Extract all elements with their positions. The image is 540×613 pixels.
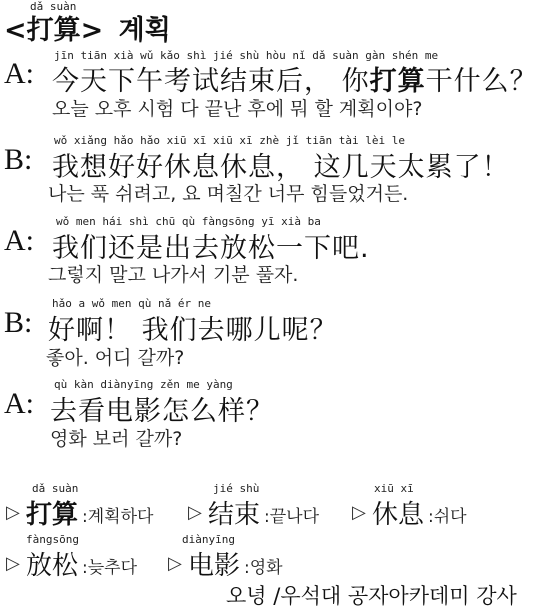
keyword-highlight: 打算 (370, 66, 426, 97)
page-title: <打算> 계획 (4, 8, 171, 47)
korean-translation: 오늘 오후 시험 다 끝난 후에 뭐 할 계획이야? (52, 94, 422, 121)
vocab-meaning-text: 계획하다 (88, 507, 154, 527)
sentence-part: 今天下午考试结束后， 你 (52, 66, 370, 97)
vocab-word: 放松 (26, 545, 78, 582)
title-word: 打算 (27, 15, 81, 46)
author-credit: 오녕 /우석대 공자아카데미 강사 (226, 580, 517, 610)
triangle-right-icon: ▷ (352, 502, 366, 523)
korean-translation: 좋아. 어디 갈까? (46, 343, 184, 370)
speaker-label: B: (4, 143, 32, 177)
speaker-label: A: (4, 57, 34, 91)
vocab-meaning: :끝나다 (264, 502, 319, 527)
vocab-meaning-text: 영화 (250, 558, 283, 578)
chinese-sentence: 今天下午考试结束后， 你打算干什么？ (52, 59, 538, 98)
vocab-word: 休息 (372, 494, 424, 531)
title-open-bracket: < (4, 15, 27, 46)
vocab-meaning: :늦추다 (82, 553, 137, 578)
vocab-word: 结束 (208, 494, 260, 531)
triangle-right-icon: ▷ (6, 502, 20, 523)
speaker-label: A: (4, 387, 34, 421)
triangle-right-icon: ▷ (168, 553, 182, 574)
korean-translation: 영화 보러 갈까? (50, 424, 182, 451)
chinese-sentence: 去看电影怎么样？ (50, 389, 274, 428)
vocab-meaning: :쉬다 (428, 502, 467, 527)
vocab-meaning-text: 끝나다 (270, 507, 319, 527)
speaker-label: B: (4, 306, 32, 340)
vocab-meaning: :영화 (244, 553, 283, 578)
triangle-right-icon: ▷ (6, 553, 20, 574)
chinese-sentence: 好啊！ 我们去哪儿呢？ (48, 308, 338, 347)
korean-translation: 나는 푹 쉬려고, 요 며칠간 너무 힘들었거든. (48, 179, 408, 206)
vocab-meaning: :계획하다 (82, 502, 153, 527)
vocab-meaning-text: 늦추다 (88, 558, 137, 578)
korean-translation: 그렇지 말고 나가서 기분 풀자. (48, 260, 298, 287)
triangle-right-icon: ▷ (188, 502, 202, 523)
vocab-word: 电影 (188, 545, 240, 582)
speaker-label: A: (4, 224, 34, 258)
title-korean: 계획 (119, 15, 171, 46)
vocab-meaning-text: 쉬다 (434, 507, 467, 527)
sentence-part: 干什么？ (426, 66, 538, 97)
vocab-word: 打算 (26, 494, 78, 531)
title-close-bracket: > (81, 15, 104, 46)
